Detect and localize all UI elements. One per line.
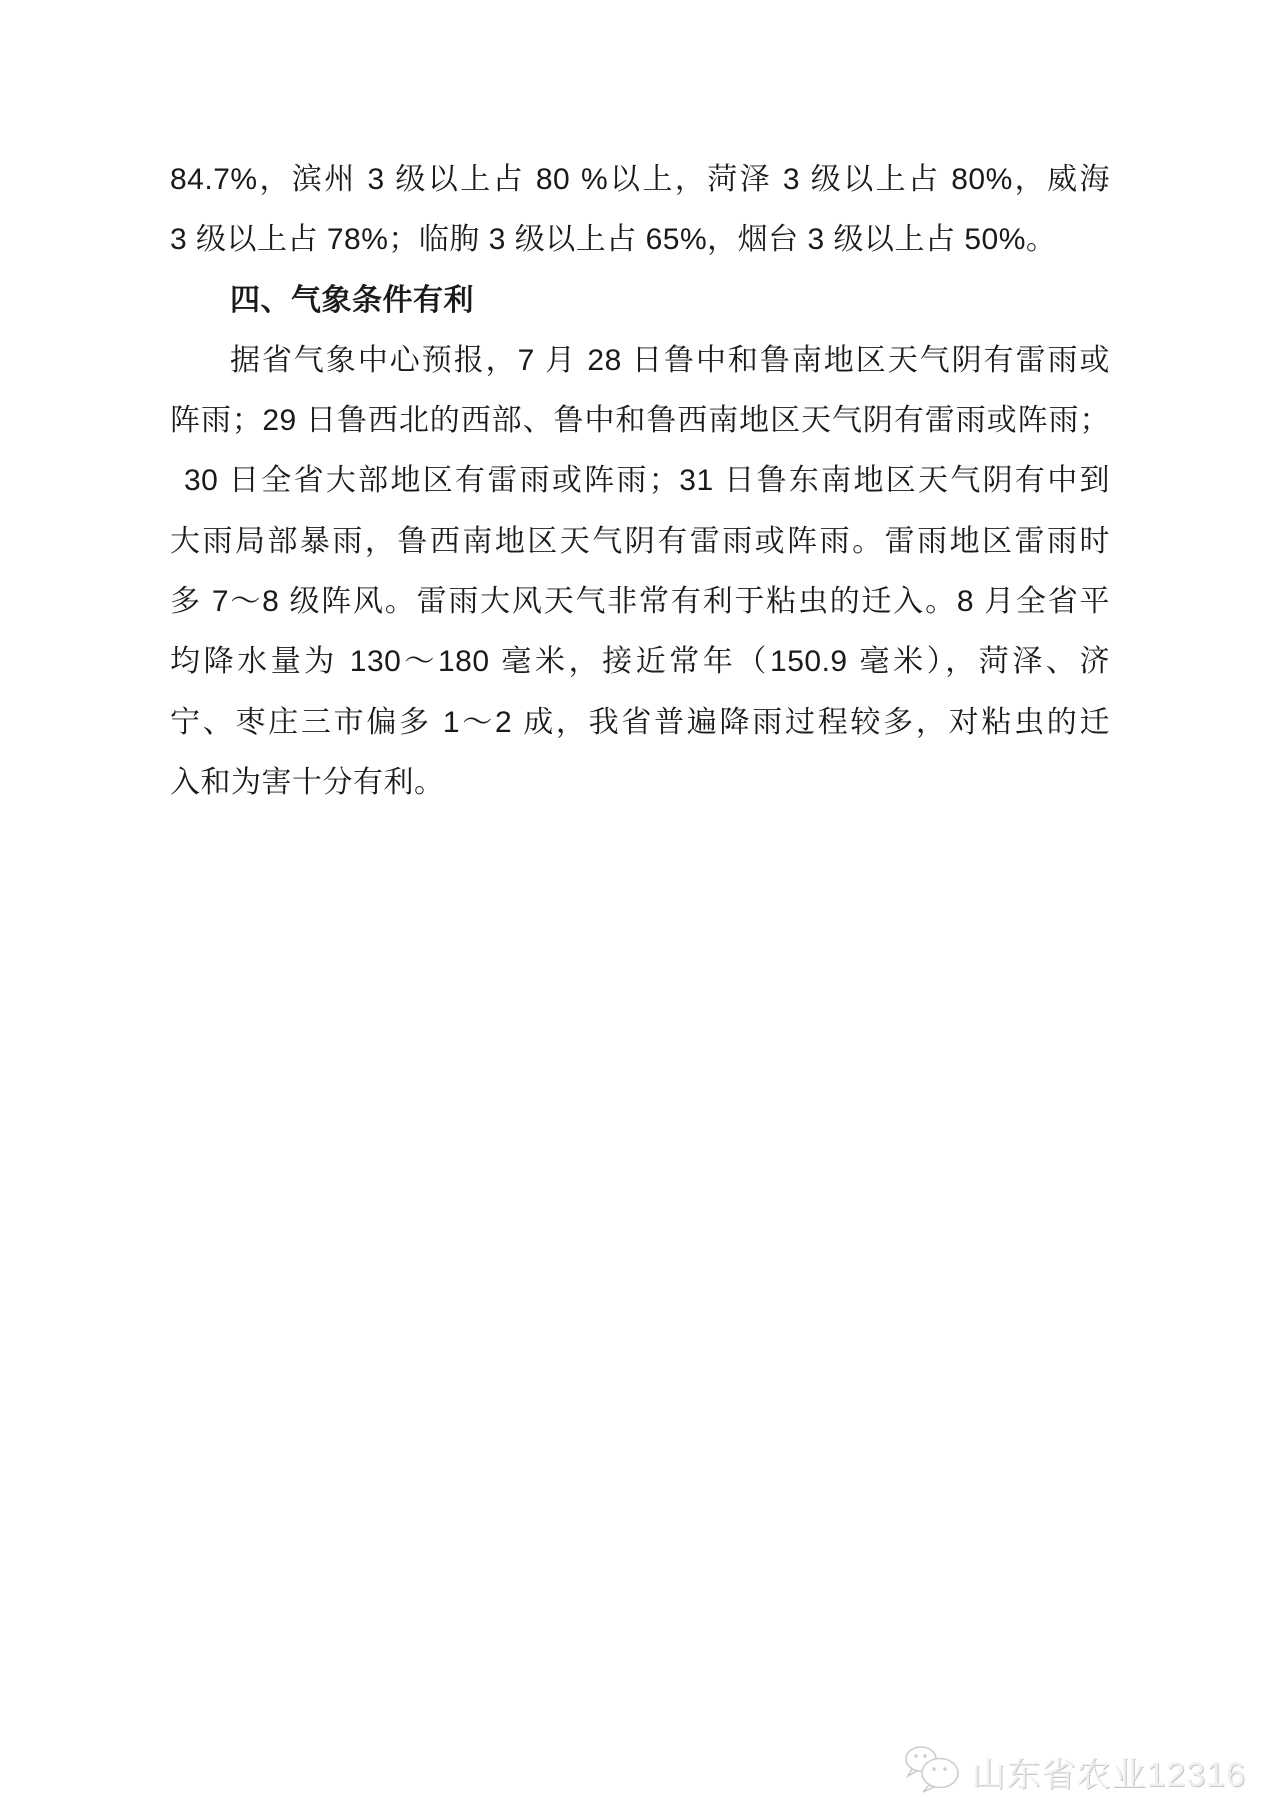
doc-line: 大雨局部暴雨，鲁西南地区天气阴有雷雨或阵雨。雷雨地区雷雨时 — [170, 512, 1110, 572]
document-page: 84.7%，滨州 3 级以上占 80 %以上，菏泽 3 级以上占 80%，威海 … — [0, 0, 1280, 1811]
wechat-icon — [902, 1745, 964, 1797]
doc-line: 多 7～8 级阵风。雷雨大风天气非常有利于粘虫的迁入。8 月全省平 — [170, 572, 1110, 632]
watermark-text: 山东省农业12316 — [971, 1747, 1246, 1796]
doc-line: 据省气象中心预报，7 月 28 日鲁中和鲁南地区天气阴有雷雨或 — [170, 331, 1110, 391]
doc-line: 阵雨；29 日鲁西北的西部、鲁中和鲁西南地区天气阴有雷雨或阵雨； — [170, 391, 1110, 451]
doc-line: 入和为害十分有利。 — [170, 753, 1110, 813]
watermark: 山东省农业12316 — [902, 1745, 1246, 1797]
doc-line: 84.7%，滨州 3 级以上占 80 %以上，菏泽 3 级以上占 80%，威海 — [170, 150, 1110, 210]
doc-line: 3 级以上占 78%；临朐 3 级以上占 65%，烟台 3 级以上占 50%。 — [170, 210, 1110, 270]
document-body: 84.7%，滨州 3 级以上占 80 %以上，菏泽 3 级以上占 80%，威海 … — [170, 150, 1110, 813]
doc-line: 均降水量为 130～180 毫米，接近常年（150.9 毫米），菏泽、济 — [170, 632, 1110, 692]
section-heading: 四、气象条件有利 — [170, 271, 1110, 331]
doc-line: 宁、枣庄三市偏多 1～2 成，我省普遍降雨过程较多，对粘虫的迁 — [170, 693, 1110, 753]
doc-line: 30 日全省大部地区有雷雨或阵雨；31 日鲁东南地区天气阴有中到 — [170, 451, 1110, 511]
